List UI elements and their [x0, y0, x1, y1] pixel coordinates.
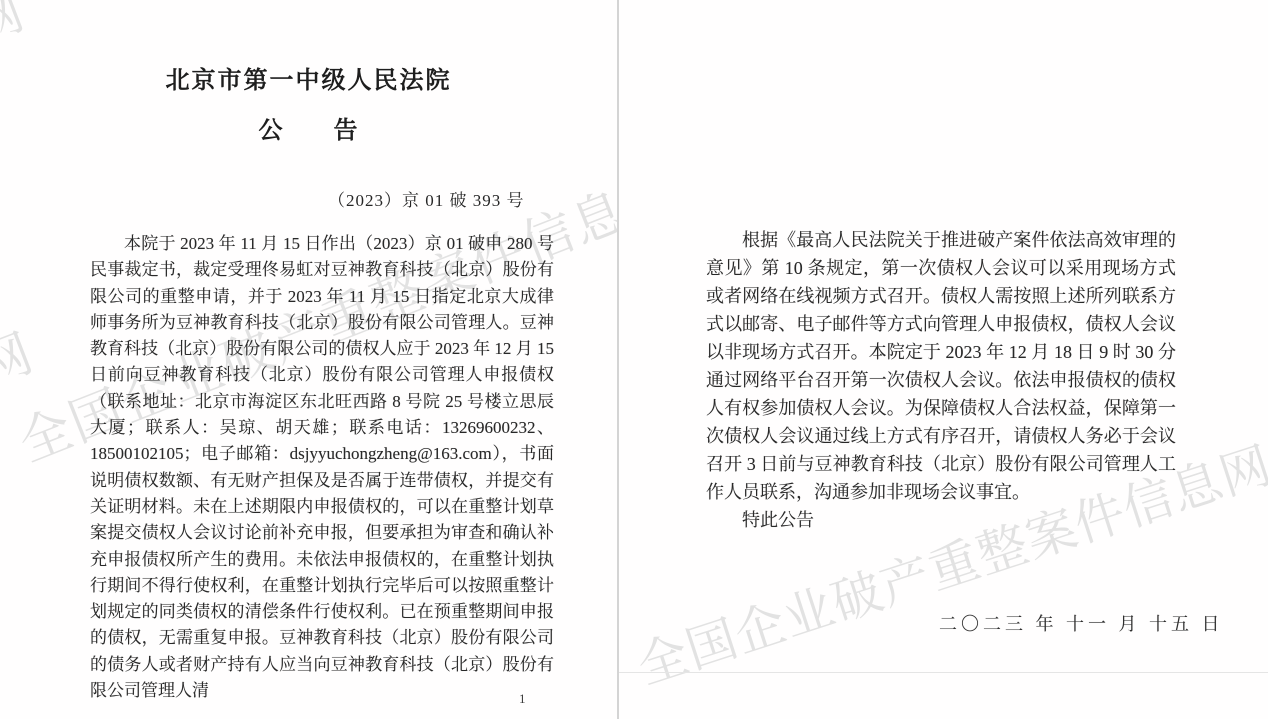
page-number: 1 [519, 691, 526, 707]
watermark-fragment-top-left: 网 [0, 0, 32, 57]
page-2: 全国企业破产重整案件信息网 根据《最高人民法院关于推进破产案件依法高效审理的意见… [619, 0, 1268, 719]
court-name: 北京市第一中级人民法院 [0, 60, 617, 95]
date-line: 二〇二三 年 十一 月 十五 日 [939, 610, 1224, 636]
watermark-fragment-left-edge: 网 [0, 311, 41, 400]
page-2-text-block: 根据《最高人民法院关于推进破产案件依法高效审理的意见》第 10 条规定，第一次债… [706, 226, 1176, 534]
announcement-paragraph-1: 本院于 2023 年 11 月 15 日作出（2023）京 01 破申 280 … [90, 231, 554, 704]
scanned-court-announcement: 网 网 全国企业破产重整案件信息网 北京市第一中级人民法院 公 告 （2023）… [0, 0, 1268, 719]
case-number: （2023）京 01 破 393 号 [328, 186, 525, 211]
page-1: 网 网 全国企业破产重整案件信息网 北京市第一中级人民法院 公 告 （2023）… [0, 0, 617, 719]
closing-line: 特此公告 [706, 506, 1176, 534]
page-2-bottom-edge [619, 672, 1268, 673]
document-title: 公 告 [0, 110, 617, 145]
announcement-paragraph-2: 根据《最高人民法院关于推进破产案件依法高效审理的意见》第 10 条规定，第一次债… [706, 226, 1176, 506]
